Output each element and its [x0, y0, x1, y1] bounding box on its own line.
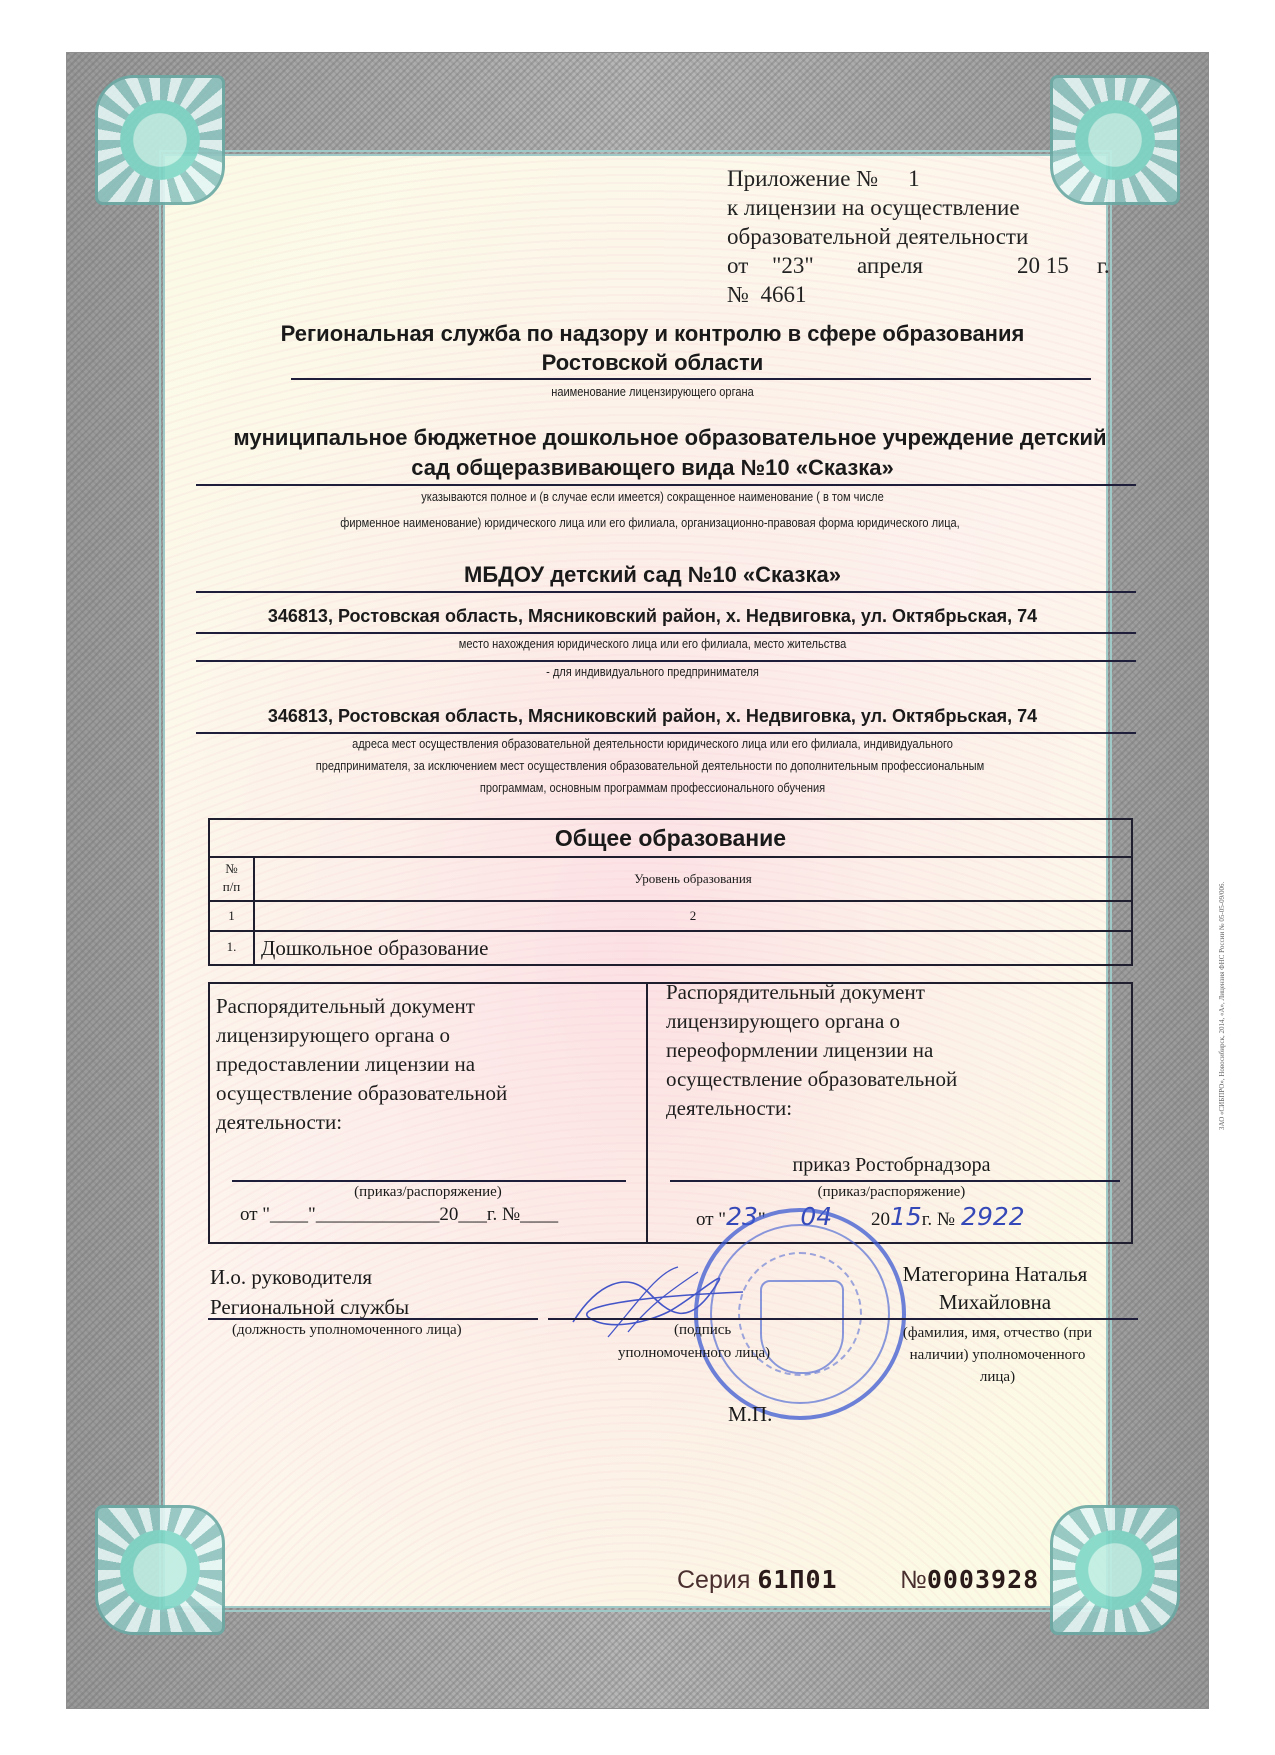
signatory-name: Матегорина Наталья Михайловна: [880, 1260, 1110, 1316]
org-full-name-line2: сад общеразвивающего вида №10 «Сказка»: [205, 455, 1100, 481]
divider: [196, 632, 1136, 634]
form-number: №0003928: [900, 1565, 1039, 1595]
grant-order-date: от "____"_____________20___г. №____: [240, 1204, 558, 1226]
activity-address-caption-line3: программам, основным программам професси…: [272, 780, 1033, 795]
divider: [646, 984, 648, 1242]
org-short-name: МБДОУ детский сад №10 «Сказка»: [205, 562, 1100, 588]
grant-document-label: Распорядительный документ лицензирующего…: [216, 992, 507, 1137]
divider: [196, 591, 1136, 593]
coat-of-arms-icon: [760, 1280, 844, 1374]
grant-order-caption: (приказ/распоряжение): [210, 1184, 646, 1201]
date-day: "23": [772, 251, 814, 280]
licensing-body-line1: Региональная служба по надзору и контрол…: [205, 320, 1100, 347]
divider: [291, 378, 1091, 380]
activity-address-caption-line2: предпринимателя, за исключением мест осу…: [242, 758, 1058, 773]
legal-address-caption-line1: место нахождения юридического лица или е…: [272, 636, 1033, 651]
table-header-row: № п/п Уровень образования: [210, 856, 1131, 902]
appendix-number: 1: [908, 166, 920, 191]
reissue-year: 15: [890, 1202, 922, 1231]
activity-address-caption-line1: адреса мест осуществления образовательно…: [272, 736, 1033, 751]
legal-address-caption-line2: - для индивидуального предпринимателя: [272, 664, 1033, 679]
corner-ornament-icon: [95, 1505, 225, 1635]
reissue-document-label: Распорядительный документ лицензирующего…: [666, 978, 957, 1123]
reissue-number: 2922: [961, 1202, 1025, 1231]
licensing-body-line2: Ростовской области: [205, 349, 1100, 376]
appendix-line3: образовательной деятельности: [727, 222, 1117, 251]
reissue-order-line: [670, 1180, 1120, 1182]
appendix-label: Приложение №: [727, 166, 878, 191]
education-level: Дошкольное образование: [255, 932, 1131, 964]
date-year: 20 15: [1017, 251, 1069, 280]
divider: [196, 484, 1136, 486]
signature-line: [548, 1318, 1138, 1320]
name-caption: (фамилия, имя, отчество (при наличии) уп…: [880, 1322, 1115, 1388]
signature-caption-line1: (подпись: [674, 1322, 731, 1339]
divider: [196, 732, 1136, 734]
activity-address: 346813, Ростовская область, Мясниковский…: [205, 706, 1100, 727]
table-colnum-row: 1 2: [210, 902, 1131, 932]
org-full-name-line1: муниципальное бюджетное дошкольное образ…: [200, 425, 1140, 451]
header-level: Уровень образования: [255, 856, 1131, 900]
reissue-order-value: приказ Ростобрнадзора: [648, 1154, 1135, 1177]
appendix-header: Приложение №1 к лицензии на осуществлени…: [727, 164, 1117, 309]
table-row: 1. Дошкольное образование: [210, 932, 1131, 964]
order-documents: Распорядительный документ лицензирующего…: [208, 982, 1133, 1244]
education-table: Общее образование № п/п Уровень образова…: [208, 818, 1133, 966]
license-number: № 4661: [727, 280, 1117, 309]
form-series: Серия 61П01: [677, 1565, 838, 1595]
printer-note: ЗАО «СИБПРО», Новосибирск, 2014, «А», Ли…: [1218, 882, 1226, 1130]
org-caption-line1: указываются полное и (в случае если имее…: [272, 489, 1033, 504]
org-caption-line2: фирменное наименование) юридического лиц…: [242, 515, 1058, 530]
licensing-body-caption: наименование лицензирующего органа: [272, 384, 1033, 399]
legal-address: 346813, Ростовская область, Мясниковский…: [205, 606, 1100, 627]
corner-ornament-icon: [95, 75, 225, 205]
seal-label: М.П.: [728, 1402, 772, 1427]
header-num: № п/п: [210, 856, 255, 900]
position-line: [208, 1318, 538, 1320]
grant-order-line: [232, 1180, 626, 1182]
signature-caption-line2: уполномоченного лица): [618, 1345, 770, 1362]
divider: [196, 660, 1136, 662]
table-title: Общее образование: [210, 820, 1131, 858]
signatory-position: И.о. руководителя Региональной службы: [210, 1262, 409, 1322]
corner-ornament-icon: [1050, 1505, 1180, 1635]
appendix-date: от "23" апреля 20 15 г.: [727, 251, 1117, 280]
date-month: апреля: [857, 251, 923, 280]
appendix-line2: к лицензии на осуществление: [727, 193, 1117, 222]
position-caption: (должность уполномоченного лица): [232, 1322, 462, 1339]
reissue-order-caption: (приказ/распоряжение): [648, 1184, 1135, 1201]
